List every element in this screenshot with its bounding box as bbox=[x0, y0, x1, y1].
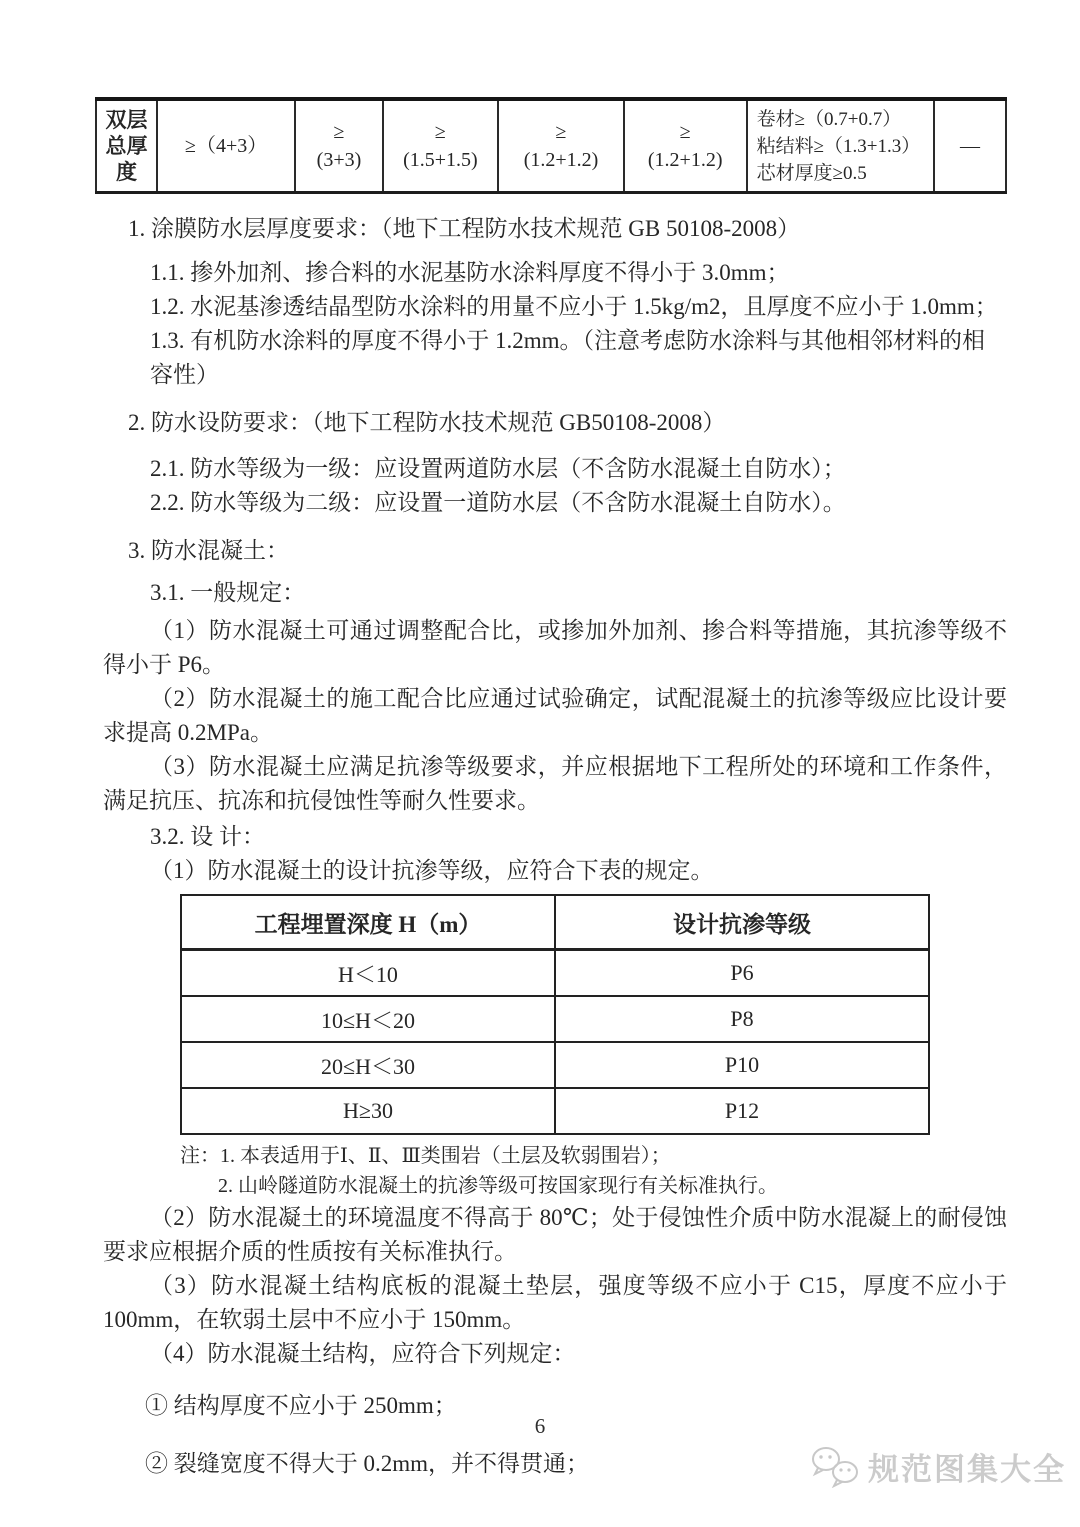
cell-depth-2: 10≤H＜20 bbox=[181, 996, 555, 1042]
table-row: 20≤H＜30 P10 bbox=[181, 1042, 929, 1088]
table-row: 10≤H＜20 P8 bbox=[181, 996, 929, 1042]
page-number: 6 bbox=[535, 1414, 546, 1439]
item-1-1: 1.1. 掺外加剂、掺合料的水泥基防水涂料厚度不得小于 3.0mm； bbox=[150, 256, 1007, 290]
impermeability-grade-table: 工程埋置深度 H（m） 设计抗渗等级 H＜10 P6 10≤H＜20 P8 20… bbox=[180, 894, 930, 1135]
section-3-title: 3. 防水混凝土： bbox=[128, 534, 1007, 568]
section-3-2-title: 3.2. 设 计： bbox=[150, 820, 1007, 854]
document-content: 双层 总厚 度 ≥（4+3） ≥ (3+3) ≥ (1.5+1.5) ≥ (1.… bbox=[95, 0, 1007, 1481]
paragraph-3-2-2: （2）防水混凝土的环境温度不得高于 80℃；处于侵蚀性介质中防水混凝上的耐侵蚀要… bbox=[103, 1201, 1007, 1269]
column-header-burial-depth: 工程埋置深度 H（m） bbox=[181, 895, 555, 950]
table-row: H＜10 P6 bbox=[181, 950, 929, 997]
double-layer-thickness-table: 双层 总厚 度 ≥（4+3） ≥ (3+3) ≥ (1.5+1.5) ≥ (1.… bbox=[95, 97, 1007, 194]
cell-thickness-5: ≥ (1.2+1.2) bbox=[624, 99, 747, 193]
table-note-1: 注：1. 本表适用于Ⅰ、Ⅱ、Ⅲ类围岩（土层及软弱围岩）； bbox=[180, 1143, 1007, 1169]
cell-thickness-2: ≥ (3+3) bbox=[295, 99, 382, 193]
table-row: 双层 总厚 度 ≥（4+3） ≥ (3+3) ≥ (1.5+1.5) ≥ (1.… bbox=[96, 99, 1006, 193]
cell-thickness-4: ≥ (1.2+1.2) bbox=[498, 99, 624, 193]
column-header-design-grade: 设计抗渗等级 bbox=[555, 895, 929, 950]
wechat-icon bbox=[810, 1446, 864, 1488]
paragraph-3-1-2: （2）防水混凝土的施工配合比应通过试验确定，试配混凝土的抗渗等级应比设计要求提高… bbox=[103, 682, 1007, 750]
paragraph-3-1-1: （1）防水混凝土可通过调整配合比，或掺加外加剂、掺合料等措施，其抗渗等级不得小于… bbox=[103, 614, 1007, 682]
item-2-1: 2.1. 防水等级为一级：应设置两道防水层（不含防水混凝土自防水）； bbox=[150, 452, 1007, 486]
cell-membrane-thickness: 卷材≥（0.7+0.7） 粘结料≥（1.3+1.3） 芯材厚度≥0.5 bbox=[747, 99, 934, 193]
item-1-2: 1.2. 水泥基渗透结晶型防水涂料的用量不应小于 1.5kg/m2，且厚度不应小… bbox=[150, 290, 1007, 324]
cell-depth-4: H≥30 bbox=[181, 1088, 555, 1134]
paragraph-3-2-3: （3）防水混凝土结构底板的混凝土垫层，强度等级不应小于 C15，厚度不应小于 1… bbox=[103, 1269, 1007, 1337]
item-1-3: 1.3. 有机防水涂料的厚度不得小于 1.2mm。（注意考虑防水涂料与其他相邻材… bbox=[150, 324, 1007, 392]
paragraph-3-1-3: （3）防水混凝土应满足抗渗等级要求，并应根据地下工程所处的环境和工作条件，满足抗… bbox=[103, 750, 1007, 818]
document-page: 双层 总厚 度 ≥（4+3） ≥ (3+3) ≥ (1.5+1.5) ≥ (1.… bbox=[0, 0, 1080, 1527]
list-item-1: ① 结构厚度不应小于 250mm； bbox=[145, 1389, 1007, 1423]
cell-grade-2: P8 bbox=[555, 996, 929, 1042]
cell-grade-1: P6 bbox=[555, 950, 929, 997]
section-1-title: 1. 涂膜防水层厚度要求：（地下工程防水技术规范 GB 50108-2008） bbox=[128, 212, 1007, 246]
item-2-2: 2.2. 防水等级为二级：应设置一道防水层（不含防水混凝土自防水）。 bbox=[150, 486, 1007, 520]
table-note-2: 2. 山岭隧道防水混凝土的抗渗等级可按国家现行有关标准执行。 bbox=[218, 1173, 1007, 1199]
section-2-title: 2. 防水设防要求：（地下工程防水技术规范 GB50108-2008） bbox=[128, 406, 1007, 440]
paragraph-3-2-1: （1）防水混凝土的设计抗渗等级，应符合下表的规定。 bbox=[103, 854, 1007, 888]
row-header-double-layer-thickness: 双层 总厚 度 bbox=[96, 99, 157, 193]
watermark-label: 规范图集大全 bbox=[868, 1444, 1066, 1489]
watermark: 规范图集大全 bbox=[810, 1444, 1066, 1489]
section-3-1-title: 3.1. 一般规定： bbox=[150, 576, 1007, 610]
cell-grade-4: P12 bbox=[555, 1088, 929, 1134]
table-header-row: 工程埋置深度 H（m） 设计抗渗等级 bbox=[181, 895, 929, 950]
paragraph-3-2-4: （4）防水混凝土结构，应符合下列规定： bbox=[103, 1337, 1007, 1371]
cell-grade-3: P10 bbox=[555, 1042, 929, 1088]
cell-depth-3: 20≤H＜30 bbox=[181, 1042, 555, 1088]
cell-dash: — bbox=[934, 99, 1006, 193]
cell-thickness-1: ≥（4+3） bbox=[157, 99, 295, 193]
cell-depth-1: H＜10 bbox=[181, 950, 555, 997]
cell-thickness-3: ≥ (1.5+1.5) bbox=[383, 99, 499, 193]
table-row: H≥30 P12 bbox=[181, 1088, 929, 1134]
